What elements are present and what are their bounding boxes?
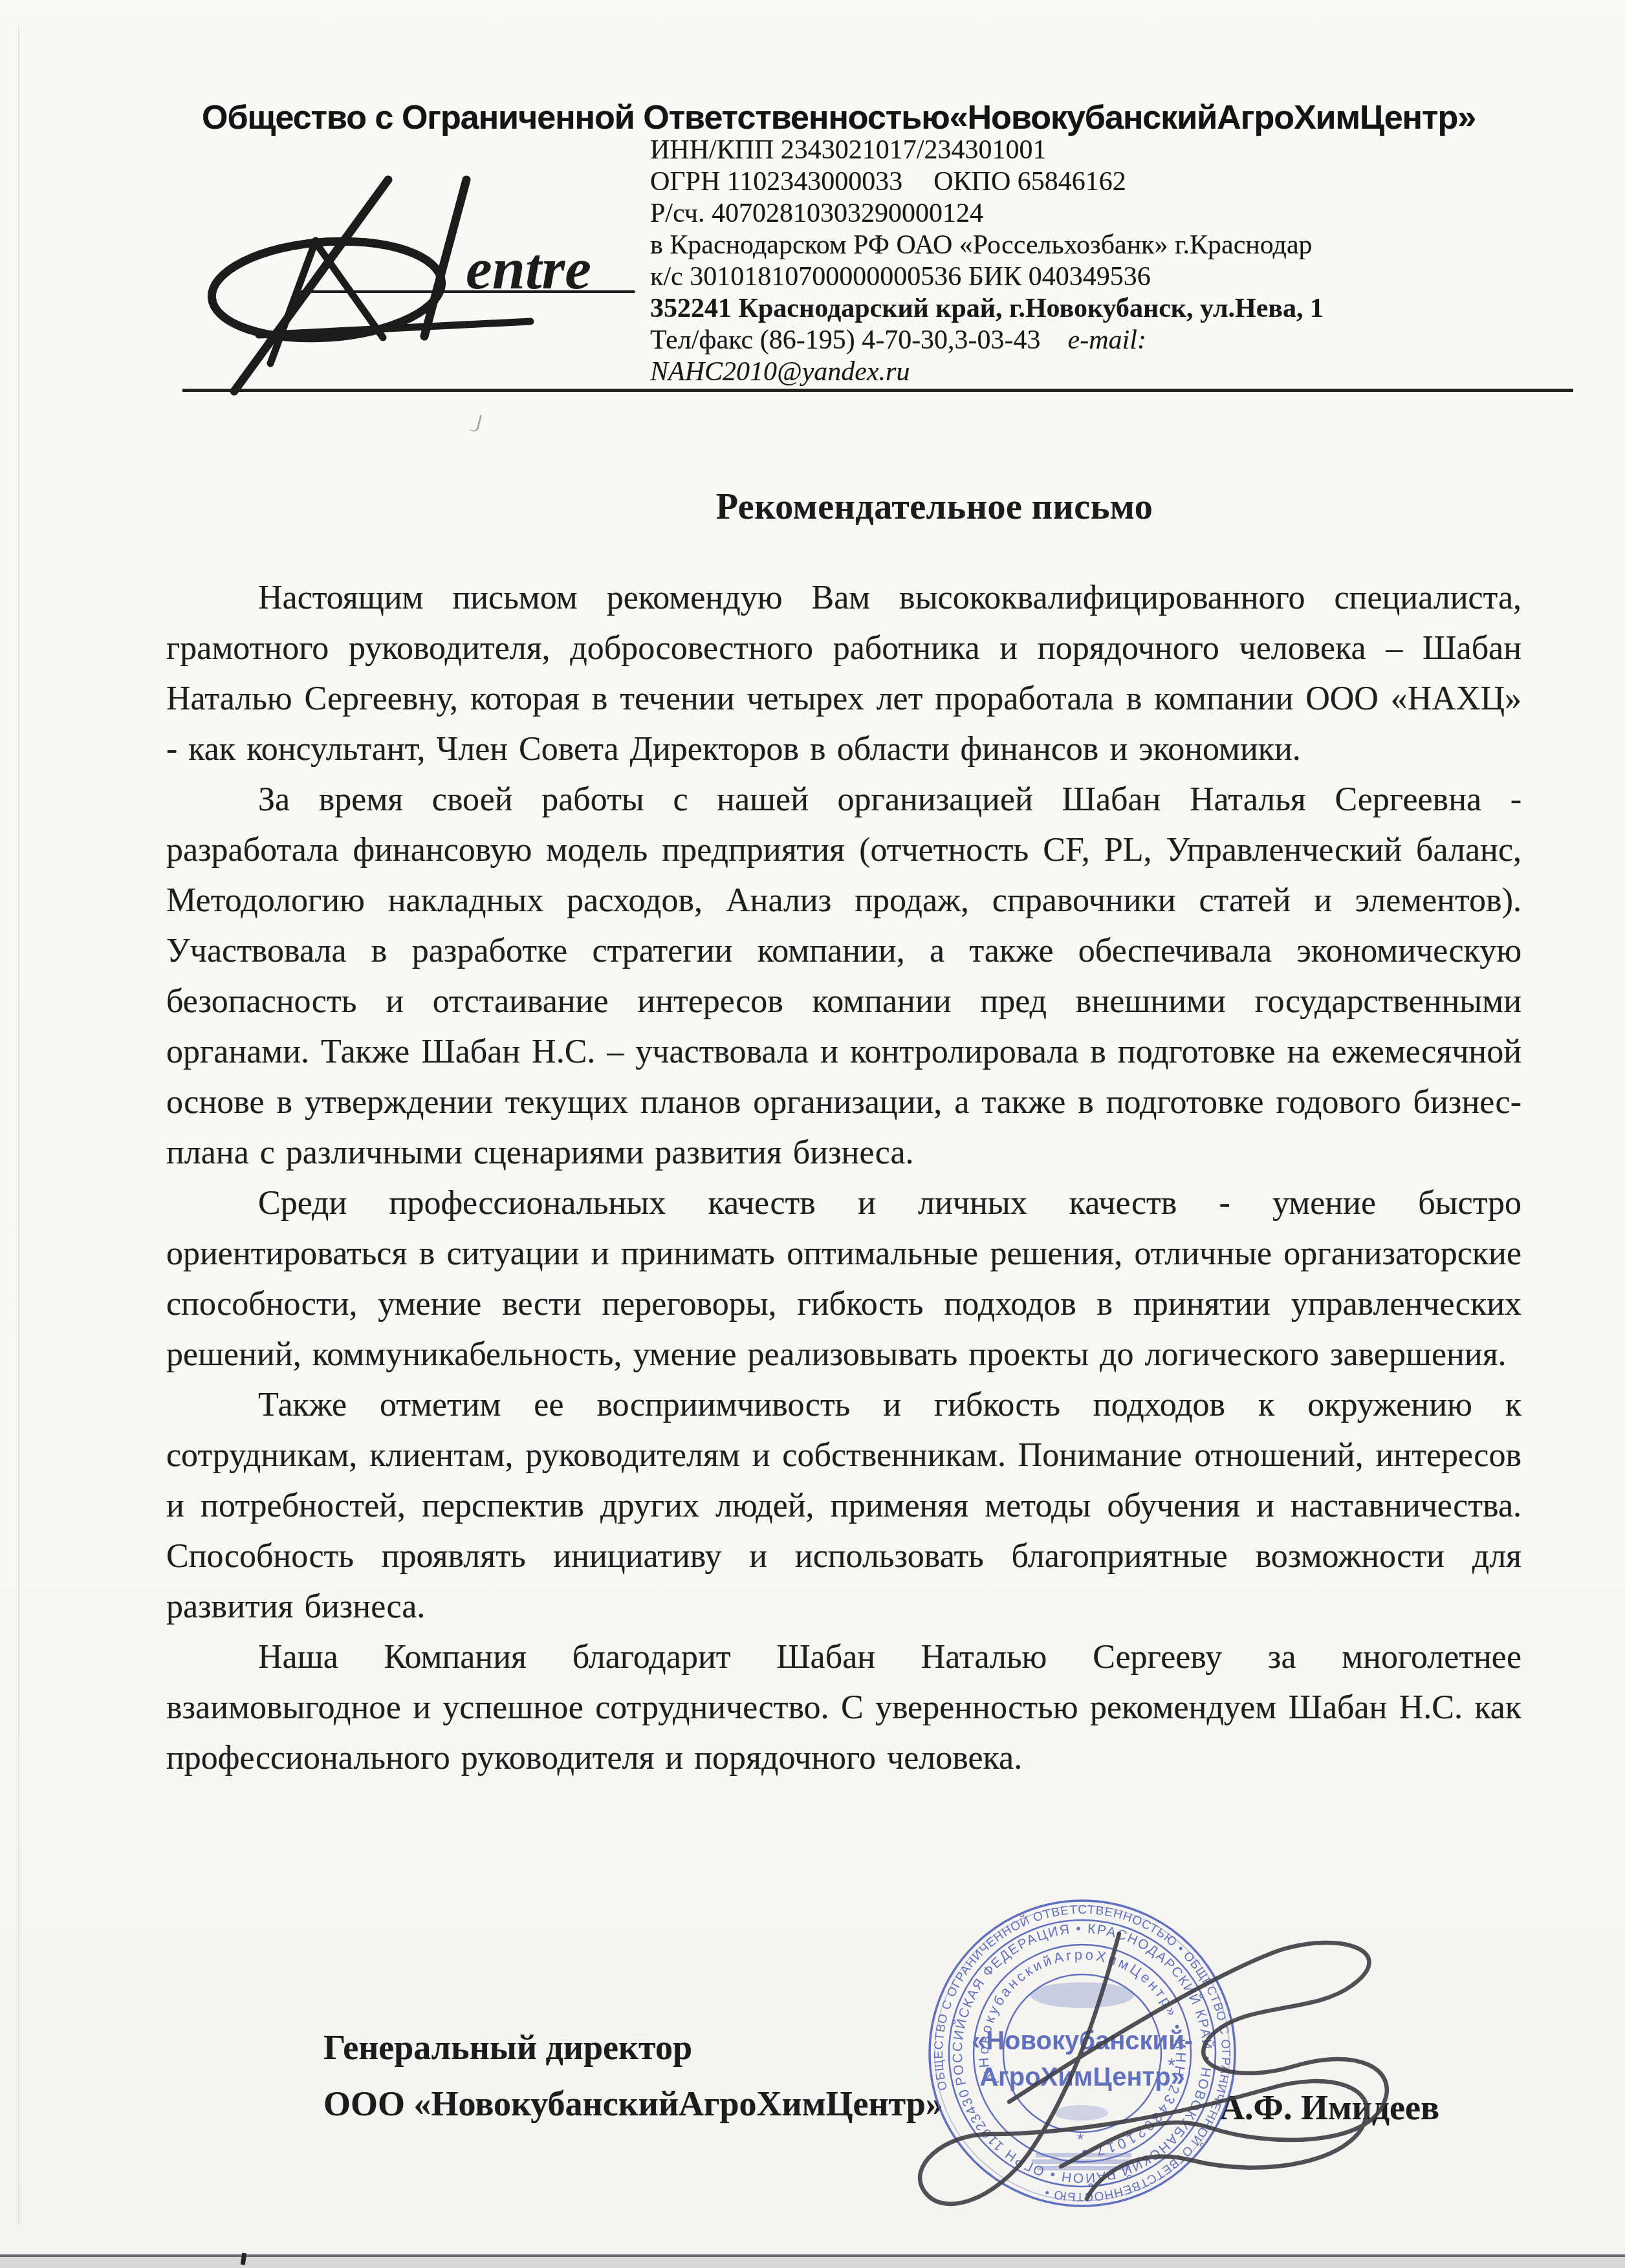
email-value: NAHC2010@yandex.ru <box>650 356 1324 388</box>
corr-bik-line: к/с 30101810700000000536 БИК 040349536 <box>650 261 1324 293</box>
address-line: 352241 Краснодарский край, г.Новокубанск… <box>650 293 1324 325</box>
letter-title: Рекомендательное письмо <box>257 486 1612 528</box>
company-details: ИНН/КПП 2343021017/234301001 ОГРН 110234… <box>650 135 1324 388</box>
letter-body: Рекомендательное письмо Настоящим письмо… <box>166 486 1521 1784</box>
signer-position-line-2: ООО «НовокубанскийАгроХимЦентр» <box>323 2084 943 2124</box>
phone-line: Тел/факс (86-195) 4-70-30,3-03-43e-mail: <box>650 325 1324 356</box>
logo-text: entre <box>466 235 591 301</box>
inn-kpp-line: ИНН/КПП 2343021017/234301001 <box>650 135 1324 166</box>
letter-paragraph-2: За время своей работы с нашей организаци… <box>166 775 1521 1178</box>
account-line: Р/сч. 40702810303290000124 <box>650 198 1324 230</box>
company-logo-icon: entre <box>194 162 660 420</box>
email-label: e-mail: <box>1068 325 1146 355</box>
letter-paragraph-3: Среди профессиональных качеств и личных … <box>166 1178 1521 1380</box>
phone-value: Тел/факс (86-195) 4-70-30,3-03-43 <box>650 325 1041 355</box>
okpo-value: ОКПО 65846162 <box>933 167 1126 197</box>
ogrn-value: ОГРН 1102343000033 <box>650 167 902 197</box>
ogrn-okpo-line: ОГРН 1102343000033ОКПО 65846162 <box>650 166 1324 198</box>
signer-position-line-1: Генеральный директор <box>323 2027 692 2068</box>
letter-paragraph-4: Также отметим ее восприимчивость и гибко… <box>166 1380 1521 1632</box>
scanned-letter-page: Общество с Ограниченной Ответственностью… <box>0 0 1625 2268</box>
letter-paragraph-1: Настоящим письмом рекомендую Вам высокок… <box>166 573 1521 775</box>
bank-line: в Краснодарском РФ ОАО «Россельхозбанк» … <box>650 230 1324 261</box>
scan-edge-artifact <box>18 26 19 2225</box>
letterhead-divider <box>182 389 1573 392</box>
letter-paragraph-5: Наша Компания благодарит Шабан Наталью С… <box>166 1632 1521 1784</box>
company-name: Общество с Ограниченной Ответственностью… <box>202 98 1476 137</box>
handwritten-signature <box>906 1875 1488 2263</box>
